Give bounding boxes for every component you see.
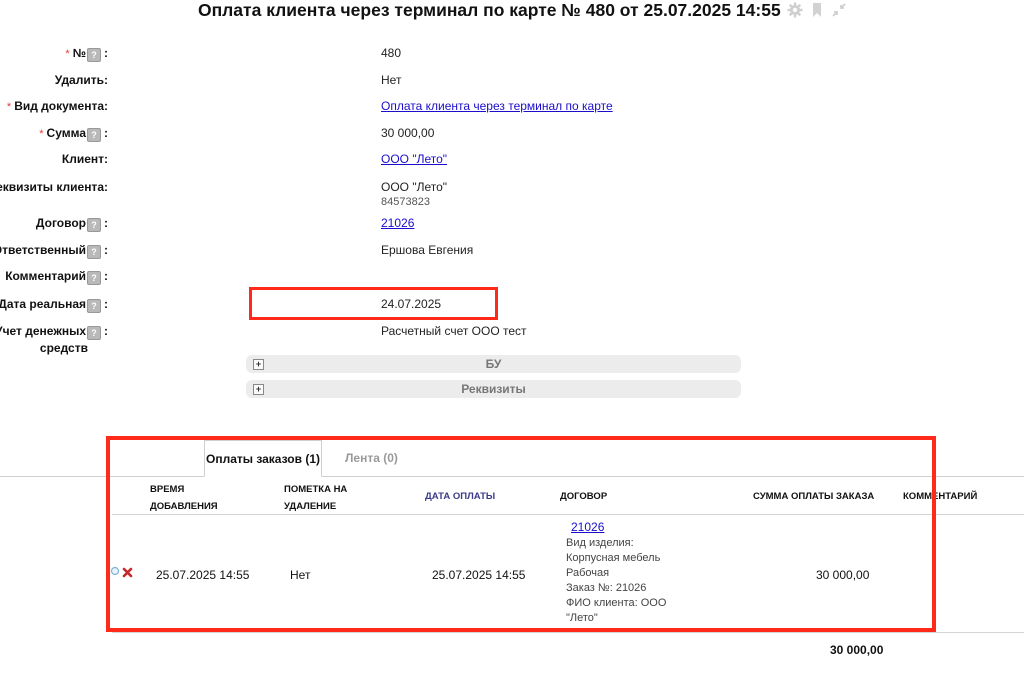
help-icon[interactable]: ? [87,326,101,340]
help-icon[interactable]: ? [87,128,101,142]
panel-bu-label: БУ [486,357,502,371]
panel-requisites-label: Реквизиты [461,382,526,396]
client-details-code: 84573823 [381,195,430,209]
highlight-real-date [249,287,498,320]
page-header: Оплата клиента через терминал по карте №… [198,0,847,20]
row-divider [112,632,1024,633]
help-icon[interactable]: ? [87,48,101,62]
panel-bu[interactable]: + БУ [246,355,741,373]
collapse-icon[interactable] [831,2,847,18]
highlight-table [106,436,936,632]
contract-link[interactable]: 21026 [381,216,414,230]
help-icon[interactable]: ? [87,299,101,313]
amount-value: 30 000,00 [381,126,434,140]
responsible-value: Ершова Евгения [381,243,473,257]
panel-requisites[interactable]: + Реквизиты [246,380,741,398]
gear-icon[interactable] [787,2,803,18]
help-icon[interactable]: ? [87,245,101,259]
bookmark-icon[interactable] [809,2,825,18]
number-value: 480 [381,46,401,60]
client-details-value: ООО "Лето" [381,180,447,194]
table-total: 30 000,00 [830,643,883,657]
client-link[interactable]: ООО "Лето" [381,152,447,166]
help-icon[interactable]: ? [87,271,101,285]
cash-accounting-value: Расчетный счет ООО тест [381,324,527,338]
help-icon[interactable]: ? [87,218,101,232]
document-type-link[interactable]: Оплата клиента через терминал по карте [381,99,613,113]
expand-icon[interactable]: + [253,384,264,395]
page-title: Оплата клиента через терминал по карте №… [198,0,781,21]
delete-value: Нет [381,73,401,87]
expand-icon[interactable]: + [253,359,264,370]
